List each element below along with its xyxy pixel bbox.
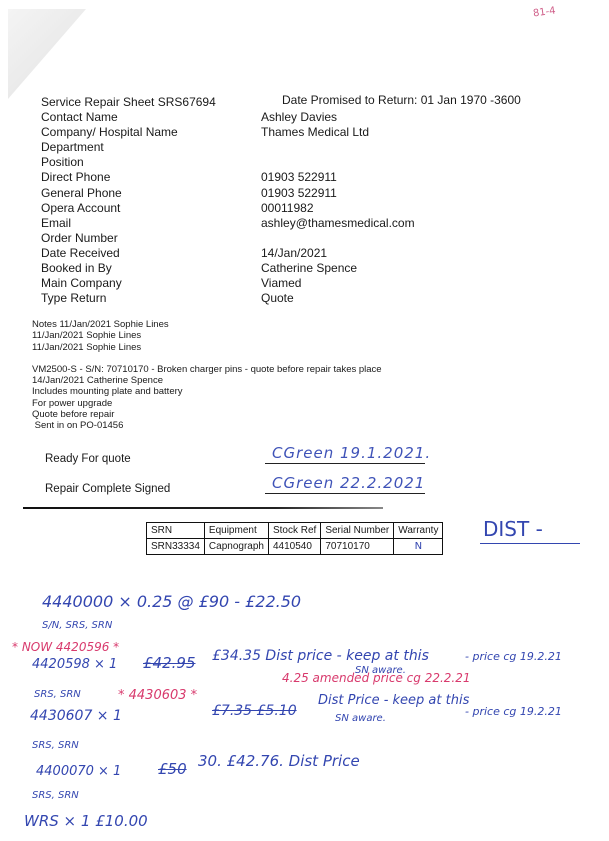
hand-line-4-price: 30. £42.76. Dist Price [198,752,360,770]
complete-signature: CGreen 22.2.2021 [272,474,425,492]
repair-complete-label: Repair Complete Signed [45,483,170,495]
note-line: Sent in on PO-01456 [32,420,382,431]
field-value: Catherine Spence [261,261,357,276]
field-label: Type Return [41,291,106,306]
section-divider [23,507,383,509]
field-label: Email [41,216,71,231]
dist-annotation: DIST - [483,517,543,541]
hand-line-5: WRS × 1 £10.00 [24,812,148,830]
table-header-cell: Stock Ref [268,523,320,539]
note-line: 11/Jan/2021 Sophie Lines [32,342,382,353]
field-label: Direct Phone [41,170,110,185]
hand-line-2-price: £34.35 Dist price - keep at this [212,648,429,664]
hand-line-3-price: Dist Price - keep at this [318,693,469,708]
field-label: General Phone [41,186,122,201]
field-value: Quote [261,291,294,306]
complete-signature-line [265,493,425,494]
field-value: 01903 522911 [261,186,337,201]
table-header-cell: Serial Number [321,523,394,539]
hand-line-2-old-price: £42.95 [143,654,196,672]
hand-line-3-old-price: £7.35 £5.10 [212,703,297,719]
field-label: Company/ Hospital Name [41,125,178,140]
note-line: Notes 11/Jan/2021 Sophie Lines [32,319,382,330]
dist-underline [480,543,580,544]
notes-block: Notes 11/Jan/2021 Sophie Lines11/Jan/202… [32,319,382,432]
hand-line-2-sub: SRS, SRN [34,689,81,700]
table-cell: 4410540 [268,539,320,555]
hand-line-3-main: 4430607 × 1 [30,708,122,724]
hand-line-4-sub: SRS, SRN [32,790,79,801]
ready-for-quote-label: Ready For quote [45,453,131,465]
sheet-title: Service Repair Sheet SRS67694 [41,95,216,109]
note-line: 11/Jan/2021 Sophie Lines [32,330,382,341]
hand-line-4-old-price: £50 [158,760,187,778]
table-header-cell: Warranty [394,523,443,539]
note-line: VM2500-S - S/N: 70710170 - Broken charge… [32,364,382,375]
table-cell: N [394,539,443,555]
field-value: 00011982 [261,201,314,216]
field-label: Date Received [41,246,120,261]
hand-line-2-sign: - price cg 19.2.21 [465,650,562,663]
table-cell: SRN33334 [147,539,205,555]
hand-line-3-sign: - price cg 19.2.21 [465,705,562,718]
field-label: Contact Name [41,110,118,125]
field-value: Thames Medical Ltd [261,125,369,140]
hand-line-4-main: 4400070 × 1 [36,764,121,779]
date-promised: Date Promised to Return: 01 Jan 1970 -36… [282,93,521,107]
hand-line-3-amend: 4.25 amended price cg 22.2.21 [282,671,471,685]
ready-signature-line [265,463,425,464]
folded-corner [8,9,86,99]
note-line: Quote before repair [32,409,382,420]
hand-line-1-sub: S/N, SRS, SRN [42,620,112,631]
field-label: Booked in By [41,261,112,276]
field-value: ashley@thamesmedical.com [261,216,415,231]
table-header-cell: SRN [147,523,205,539]
table-cell: 70710170 [321,539,394,555]
hand-line-2-main: 4420598 × 1 [32,657,117,672]
note-line: For power upgrade [32,398,382,409]
hand-line-2-new: * NOW 4420596 * [12,640,119,654]
field-value: 01903 522911 [261,170,337,185]
hand-line-3-new: * 4430603 * [118,688,197,703]
field-label: Order Number [41,231,118,246]
hand-line-1: 4440000 × 0.25 @ £90 - £22.50 [42,592,301,611]
hand-line-3-note: SN aware. [335,713,386,724]
field-label: Opera Account [41,201,120,216]
equipment-table: SRNEquipmentStock RefSerial NumberWarran… [146,522,443,555]
corner-annotation: 81-4 [532,5,556,19]
table-row: SRN33334Capnograph441054070710170N [147,539,443,555]
field-label: Department [41,140,104,155]
note-line: 14/Jan/2021 Catherine Spence [32,375,382,386]
ready-signature: CGreen 19.1.2021. [272,444,431,462]
note-line: Includes mounting plate and battery [32,386,382,397]
field-value: Ashley Davies [261,110,337,125]
field-label: Position [41,155,84,170]
field-value: 14/Jan/2021 [261,246,327,261]
hand-line-3-sub: SRS, SRN [32,740,79,751]
field-label: Main Company [41,276,122,291]
field-value: Viamed [261,276,301,291]
table-cell: Capnograph [204,539,268,555]
table-header-cell: Equipment [204,523,268,539]
